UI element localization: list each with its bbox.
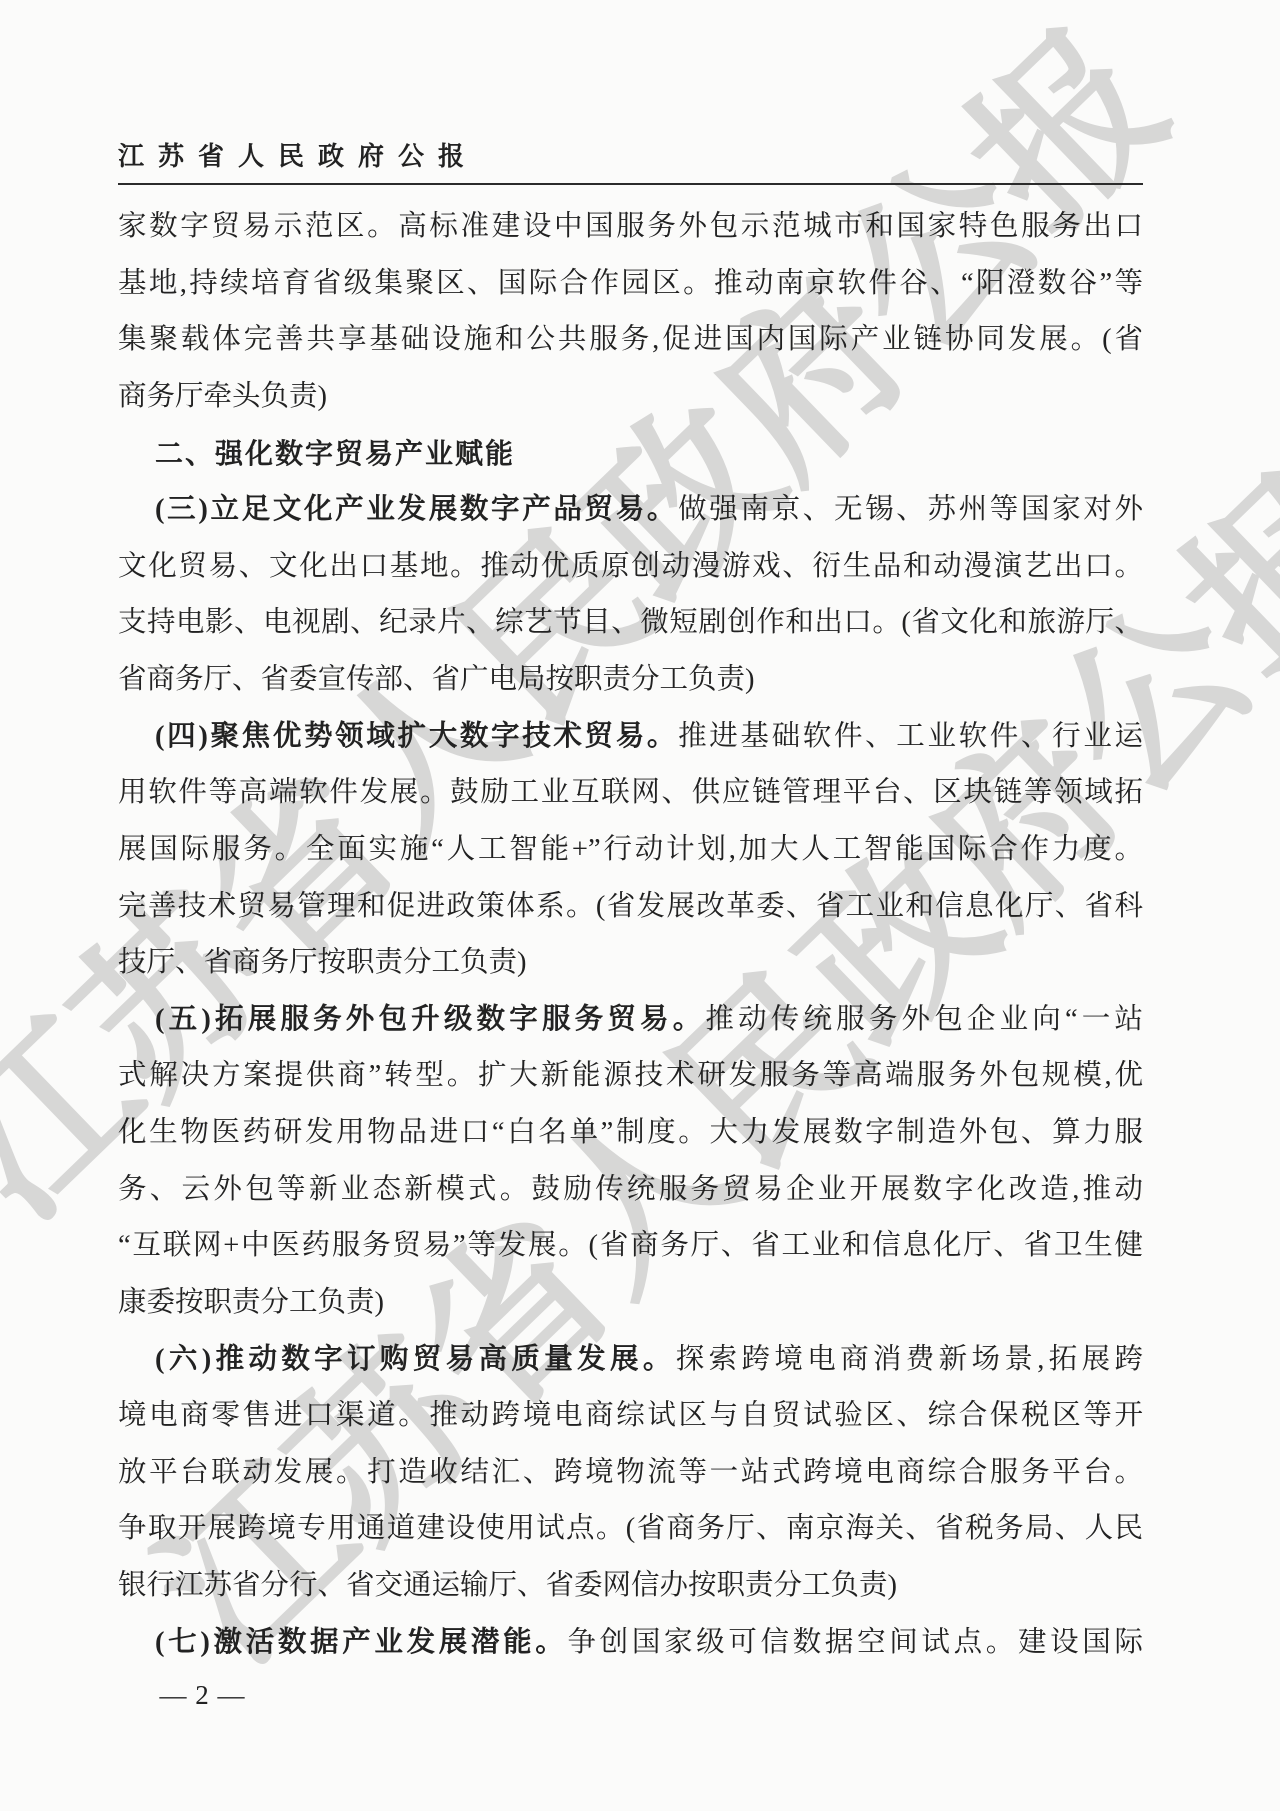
text-line: 境电商零售进口渠道。推动跨境电商综试区与自贸试验区、综合保税区等开 <box>118 1388 1143 1445</box>
text-line: 务、云外包等新业态新模式。鼓励传统服务贸易企业开展数字化改造,推动 <box>118 1162 1143 1219</box>
text-line: 式解决方案提供商”转型。扩大新能源技术研发服务等高端服务外包规模,优 <box>118 1048 1143 1105</box>
text-line: (五)拓展服务外包升级数字服务贸易。推动传统服务外包企业向“一站 <box>118 992 1143 1049</box>
section-lead: (三)立足文化产业发展数字产品贸易。 <box>155 494 678 525</box>
section-lead: (五)拓展服务外包升级数字服务贸易。 <box>155 1004 705 1035</box>
page-number: — 2 — <box>150 1678 255 1712</box>
section-heading: 二、强化数字贸易产业赋能 <box>118 426 1143 483</box>
text-line: 化生物医药研发用物品进口“白名单”制度。大力发展数字制造外包、算力服 <box>118 1105 1143 1162</box>
text-line: 康委按职责分工负责) <box>118 1275 1143 1332</box>
text-line: 省商务厅、省委宣传部、省广电局按职责分工负责) <box>118 652 1143 709</box>
text-line: 用软件等高端软件发展。鼓励工业互联网、供应链管理平台、区块链等领域拓 <box>118 765 1143 822</box>
section-lead: (七)激活数据产业发展潜能。 <box>155 1627 567 1658</box>
text-line: “互联网+中医药服务贸易”等发展。(省商务厅、省工业和信息化厅、省卫生健 <box>118 1218 1143 1275</box>
body-text: 家数字贸易示范区。高标准建设中国服务外包示范城市和国家特色服务出口基地,持续培育… <box>118 199 1143 1671</box>
header-title: 江苏省人民政府公报 <box>118 140 478 174</box>
section-lead: (四)聚焦优势领域扩大数字技术贸易。 <box>155 721 678 752</box>
line-text: 推进基础软件、工业软件、行业运 <box>678 721 1143 752</box>
text-line: (三)立足文化产业发展数字产品贸易。做强南京、无锡、苏州等国家对外 <box>118 482 1143 539</box>
text-line: 争取开展跨境专用通道建设使用试点。(省商务厅、南京海关、省税务局、人民 <box>118 1501 1143 1558</box>
text-line: 集聚载体完善共享基础设施和公共服务,促进国内国际产业链协同发展。(省 <box>118 312 1143 369</box>
text-line: 技厅、省商务厅按职责分工负责) <box>118 935 1143 992</box>
text-line: 文化贸易、文化出口基地。推动优质原创动漫游戏、衍生品和动漫演艺出口。 <box>118 539 1143 596</box>
line-text: 推动传统服务外包企业向“一站 <box>705 1004 1143 1035</box>
text-line: 基地,持续培育省级集聚区、国际合作园区。推动南京软件谷、“阳澄数谷”等 <box>118 256 1143 313</box>
line-text: 争创国家级可信数据空间试点。建设国际 <box>567 1627 1143 1658</box>
section-lead: (六)推动数字订购贸易高质量发展。 <box>155 1344 676 1375</box>
text-line: (六)推动数字订购贸易高质量发展。探索跨境电商消费新场景,拓展跨 <box>118 1332 1143 1389</box>
text-line: (七)激活数据产业发展潜能。争创国家级可信数据空间试点。建设国际 <box>118 1615 1143 1672</box>
text-line: 支持电影、电视剧、纪录片、综艺节目、微短剧创作和出口。(省文化和旅游厅、 <box>118 595 1143 652</box>
header-rule <box>118 183 1143 185</box>
text-line: 完善技术贸易管理和促进政策体系。(省发展改革委、省工业和信息化厅、省科 <box>118 879 1143 936</box>
text-line: (四)聚焦优势领域扩大数字技术贸易。推进基础软件、工业软件、行业运 <box>118 709 1143 766</box>
line-text: 做强南京、无锡、苏州等国家对外 <box>678 494 1143 525</box>
text-line: 商务厅牵头负责) <box>118 369 1143 426</box>
text-line: 放平台联动发展。打造收结汇、跨境物流等一站式跨境电商综合服务平台。 <box>118 1445 1143 1502</box>
text-line: 银行江苏省分行、省交通运输厅、省委网信办按职责分工负责) <box>118 1558 1143 1615</box>
line-text: 探索跨境电商消费新场景,拓展跨 <box>676 1344 1143 1375</box>
text-line: 家数字贸易示范区。高标准建设中国服务外包示范城市和国家特色服务出口 <box>118 199 1143 256</box>
text-line: 展国际服务。全面实施“人工智能+”行动计划,加大人工智能国际合作力度。 <box>118 822 1143 879</box>
gazette-page: 江苏省人民政府公报 江苏省人民政府公报 江苏省人民政府公报 家数字贸易示范区。高… <box>0 0 1280 1811</box>
